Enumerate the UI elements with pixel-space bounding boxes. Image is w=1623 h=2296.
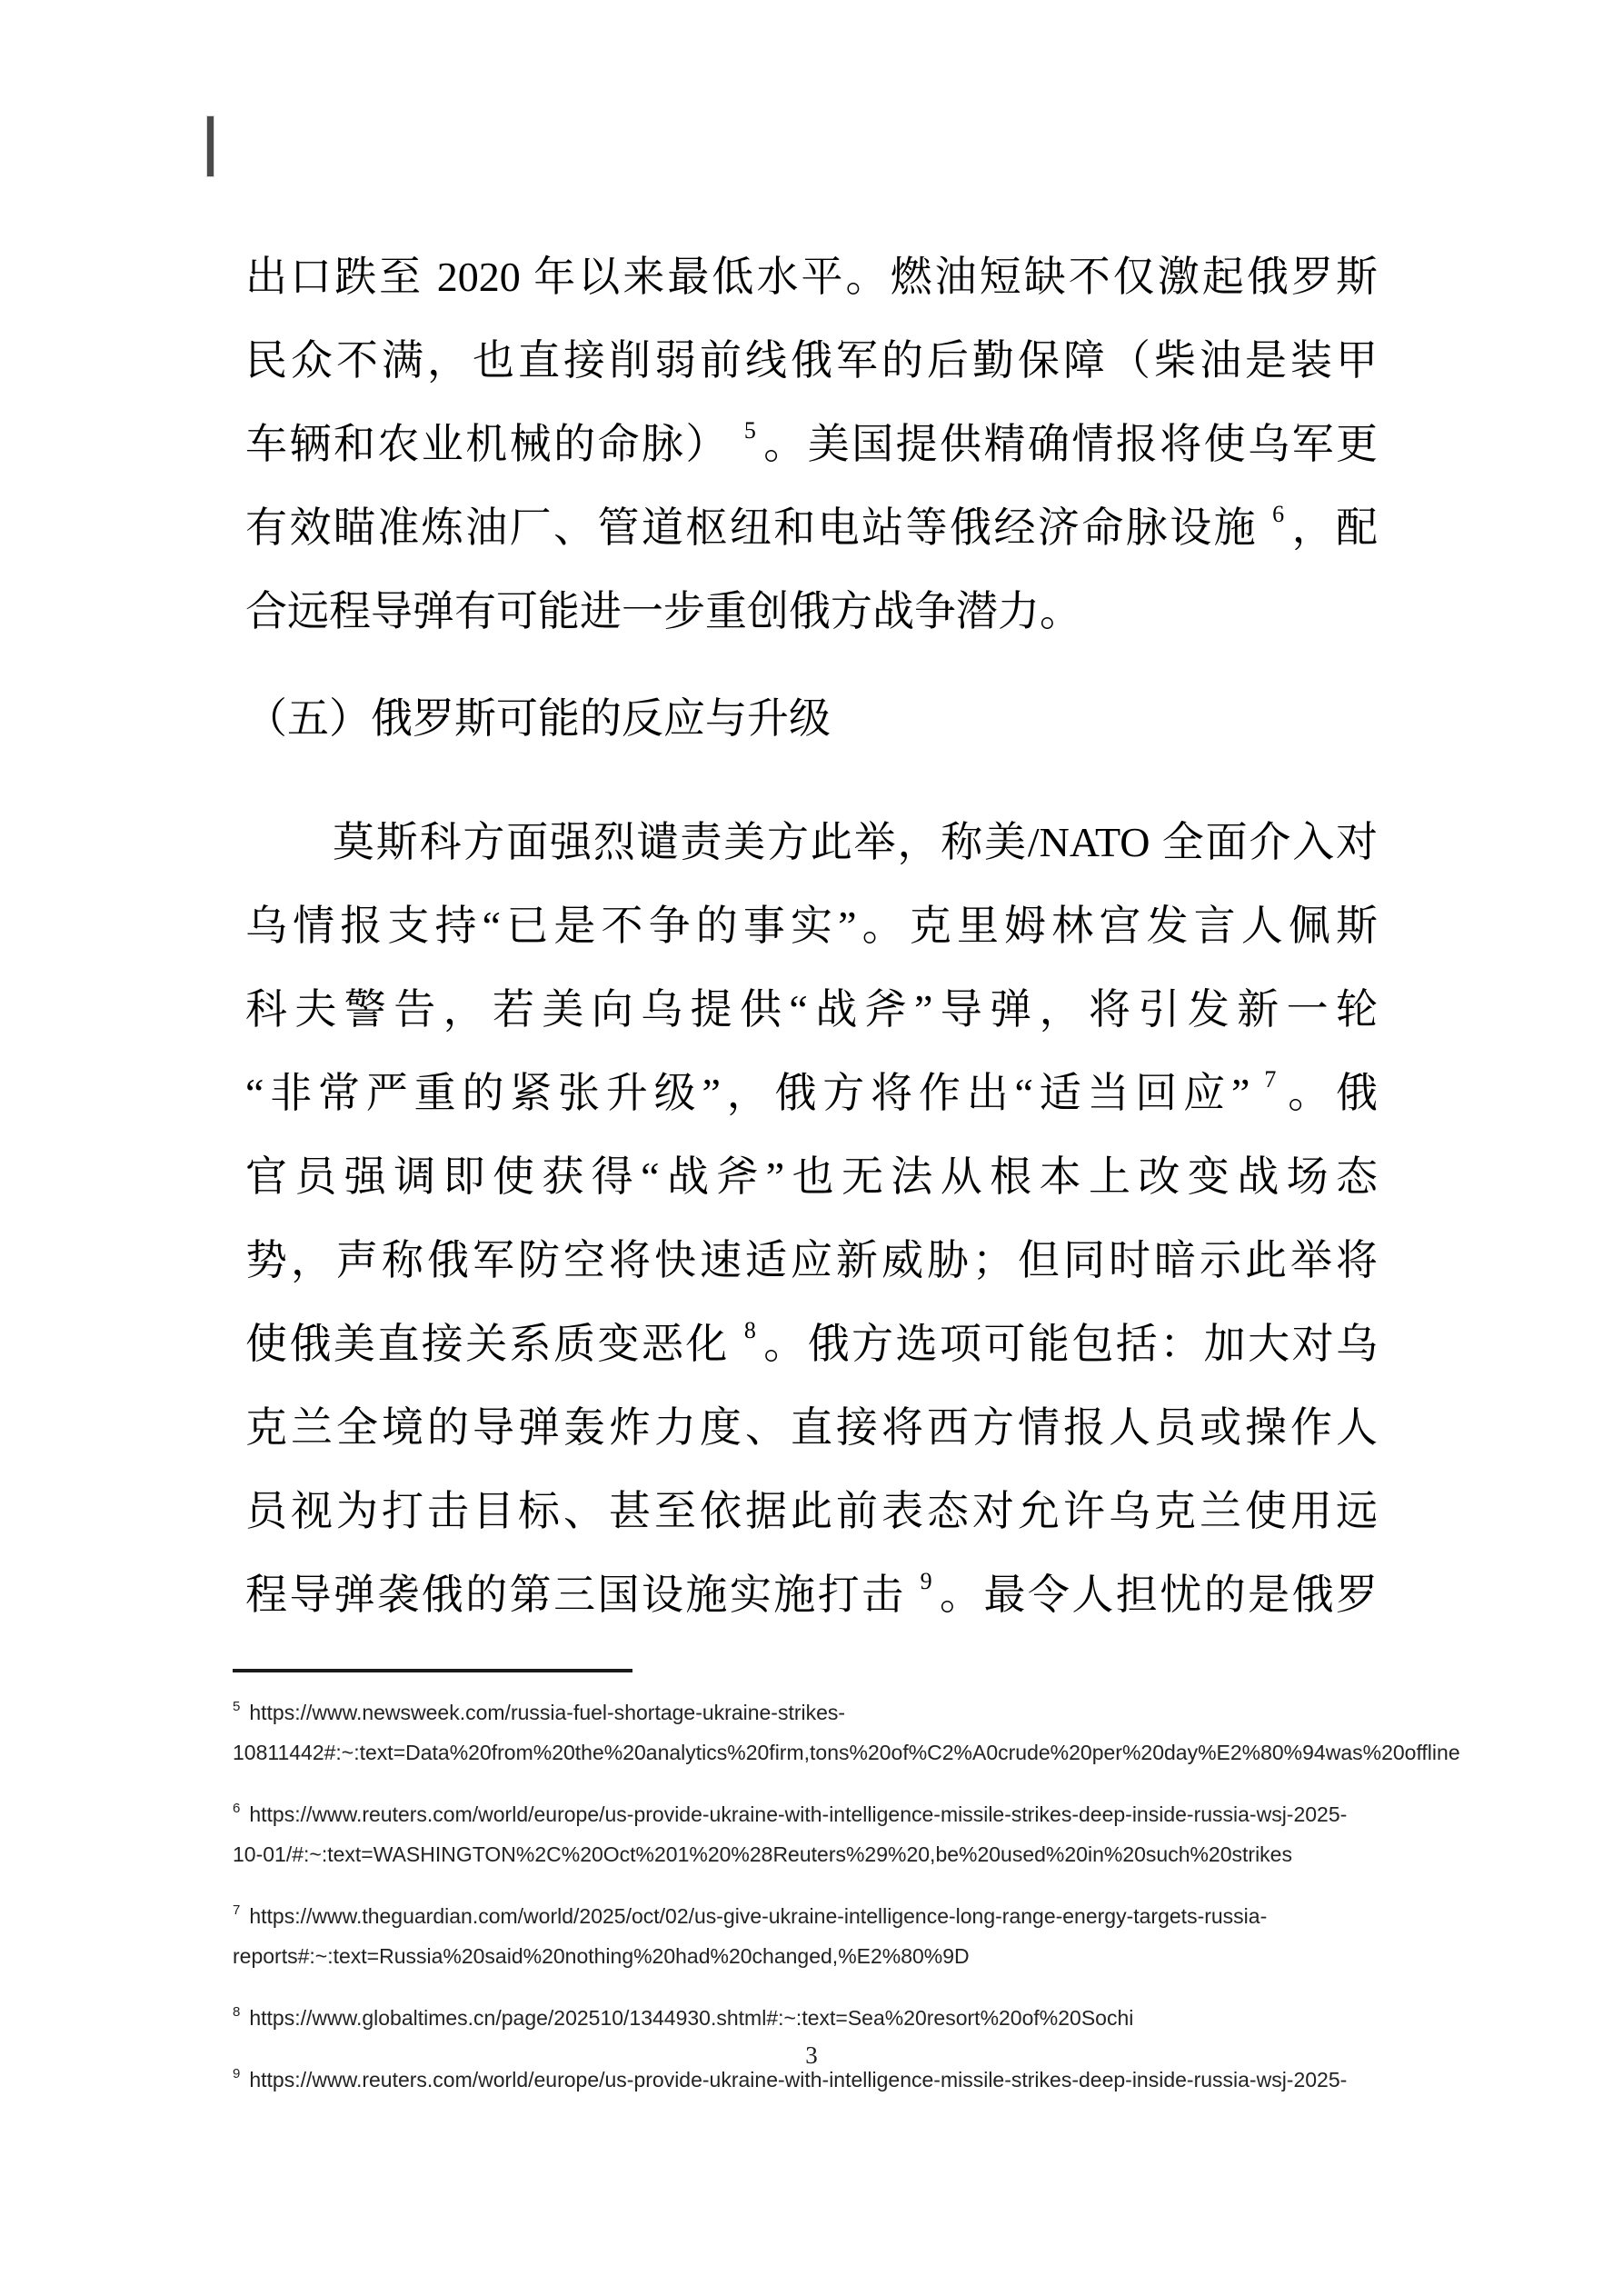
footnote-url: https://www.newsweek.com/russia-fuel-sho… [249, 1701, 845, 1724]
footnote-number: 5 [233, 1687, 240, 1727]
body-text-segment: 使俄美直接关系质变恶化 [245, 1321, 730, 1367]
body-text-segment: 有效瞄准炼油厂、管道枢纽和电站等俄经济命脉设施 [245, 504, 1258, 551]
body-text-segment: 程导弹袭俄的第三国设施实施打击 [245, 1572, 906, 1618]
body-line: 势，声称俄军防空将快速适应新威胁；但同时暗示此举将 [245, 1219, 1378, 1303]
footnote-item: 6https://www.reuters.com/world/europe/us… [233, 1789, 1414, 1874]
body-line: 官员强调即使获得“战斧”也无法从根本上改变战场态 [245, 1135, 1378, 1219]
body-line: 有效瞄准炼油厂、管道枢纽和电站等俄经济命脉设施6，配 [245, 486, 1378, 570]
body-line: 程导弹袭俄的第三国设施实施打击9。最令人担忧的是俄罗 [245, 1553, 1378, 1637]
body-line: 科夫警告，若美向乌提供“战斧”导弹，将引发新一轮 [245, 968, 1378, 1052]
body-line: 民众不满，也直接削弱前线俄军的后勤保障（柴油是装甲 [245, 319, 1378, 403]
footnote-ref: 9 [921, 1568, 932, 1595]
footnote-number: 6 [233, 1789, 240, 1829]
footnote-ref: 7 [1264, 1066, 1276, 1093]
page-number: 3 [0, 2041, 1623, 2070]
footnote-ref: 5 [744, 417, 756, 444]
body-text-segment: “非常严重的紧张升级”，俄方将作出“适当回应” [245, 1070, 1250, 1116]
body-line: 车辆和农业机械的命脉）5。美国提供精确情报将使乌军更 [245, 403, 1378, 486]
body-text-segment: （五）俄罗斯可能的反应与升级 [245, 695, 831, 742]
body-text-segment: 出口跌至 2020 年以来最低水平。燃油短缺不仅激起俄罗斯 [245, 254, 1378, 300]
body-line: 莫斯科方面强烈谴责美方此举，称美/NATO 全面介入对 [245, 801, 1378, 884]
body-text-segment: ，配 [1289, 504, 1378, 551]
footnote-list: 5https://www.newsweek.com/russia-fuel-sh… [233, 1687, 1414, 2100]
body-text-segment: 。俄 [1281, 1070, 1378, 1116]
footnote-ref: 8 [744, 1317, 756, 1344]
footnote-number: 7 [233, 1891, 240, 1931]
body-text-segment: 。美国提供精确情报将使乌军更 [762, 421, 1378, 467]
body-text-segment: 莫斯科方面强烈谴责美方此举，称美/NATO 全面介入对 [333, 819, 1378, 865]
body-text-segment: 民众不满，也直接削弱前线俄军的后勤保障（柴油是装甲 [245, 337, 1378, 384]
footnote-item: 8https://www.globaltimes.cn/page/202510/… [233, 1992, 1414, 2038]
footnote-number: 8 [233, 1992, 240, 2032]
body-text-segment: 合远程导弹有可能进一步重创俄方战争潜力。 [245, 588, 1081, 634]
footnote-item: 7https://www.theguardian.com/world/2025/… [233, 1891, 1414, 1976]
footnote-url: 10811442#:~:text=Data%20from%20the%20ana… [233, 1732, 1414, 1772]
document-content[interactable]: 出口跌至 2020 年以来最低水平。燃油短缺不仅激起俄罗斯民众不满，也直接削弱前… [245, 235, 1378, 1637]
footnote-url: 10-01/#:~:text=WASHINGTON%2C%20Oct%201%2… [233, 1834, 1414, 1874]
body-line: 出口跌至 2020 年以来最低水平。燃油短缺不仅激起俄罗斯 [245, 235, 1378, 319]
body-line: “非常严重的紧张升级”，俄方将作出“适当回应”7。俄 [245, 1052, 1378, 1135]
section-heading: （五）俄罗斯可能的反应与升级 [245, 677, 1378, 761]
body-text-segment: 员视为打击目标、甚至依据此前表态对允许乌克兰使用远 [245, 1488, 1378, 1534]
body-text-segment: 乌情报支持“已是不争的事实”。克里姆林宫发言人佩斯 [245, 903, 1378, 949]
footnote-separator [233, 1669, 632, 1672]
body-text-segment: 科夫警告，若美向乌提供“战斧”导弹，将引发新一轮 [245, 986, 1378, 1033]
body-line: 克兰全境的导弹轰炸力度、直接将西方情报人员或操作人 [245, 1386, 1378, 1470]
body-text-segment: 势，声称俄军防空将快速适应新威胁；但同时暗示此举将 [245, 1237, 1378, 1283]
footnote-url: https://www.globaltimes.cn/page/202510/1… [249, 2006, 1133, 2030]
body-line: 合远程导弹有可能进一步重创俄方战争潜力。 [245, 570, 1378, 654]
body-line: 使俄美直接关系质变恶化8。俄方选项可能包括：加大对乌 [245, 1303, 1378, 1386]
body-text: 出口跌至 2020 年以来最低水平。燃油短缺不仅激起俄罗斯民众不满，也直接削弱前… [245, 235, 1378, 1637]
body-text-segment: 。俄方选项可能包括：加大对乌 [762, 1321, 1378, 1367]
document-page: 出口跌至 2020 年以来最低水平。燃油短缺不仅激起俄罗斯民众不满，也直接削弱前… [0, 0, 1623, 2296]
footnote-url: https://www.reuters.com/world/europe/us-… [249, 1802, 1347, 1826]
body-text-segment: 克兰全境的导弹轰炸力度、直接将西方情报人员或操作人 [245, 1404, 1378, 1451]
footnote-url: https://www.reuters.com/world/europe/us-… [249, 2068, 1347, 2091]
footnote-item: 5https://www.newsweek.com/russia-fuel-sh… [233, 1687, 1414, 1772]
footnote-ref: 6 [1272, 501, 1284, 528]
body-text-segment: 。最令人担忧的是俄罗 [938, 1572, 1378, 1618]
footnote-url: reports#:~:text=Russia%20said%20nothing%… [233, 1936, 1414, 1976]
text-cursor [206, 115, 214, 177]
body-line: 员视为打击目标、甚至依据此前表态对允许乌克兰使用远 [245, 1470, 1378, 1553]
body-text-segment: 官员强调即使获得“战斧”也无法从根本上改变战场态 [245, 1153, 1378, 1200]
body-text-segment: 车辆和农业机械的命脉） [245, 421, 730, 467]
body-line: 乌情报支持“已是不争的事实”。克里姆林宫发言人佩斯 [245, 884, 1378, 968]
footnote-url: https://www.theguardian.com/world/2025/o… [249, 1904, 1267, 1928]
